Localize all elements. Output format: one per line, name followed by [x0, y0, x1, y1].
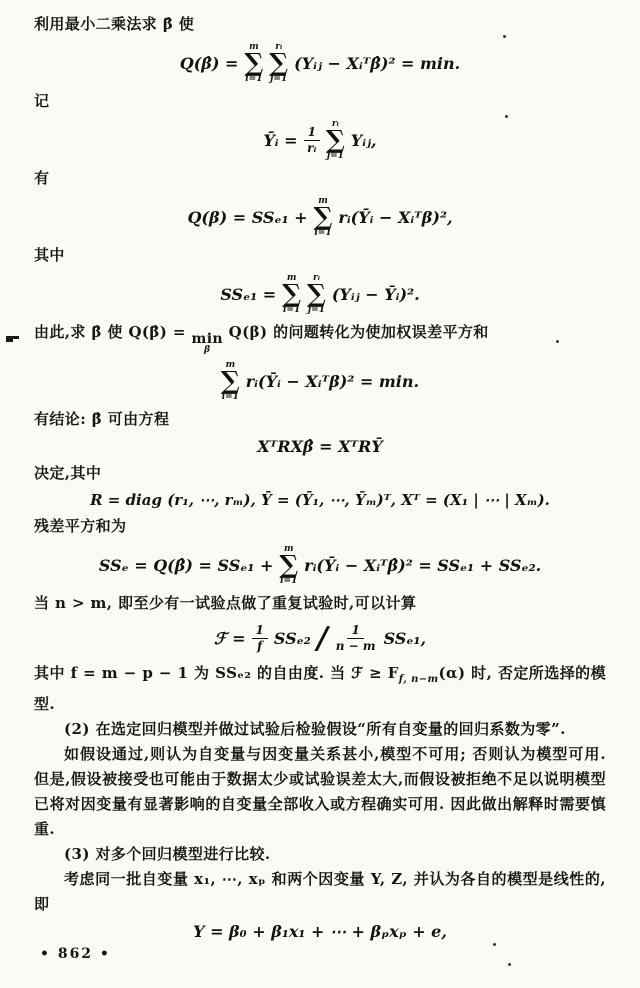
scan-artifact: [6, 339, 13, 342]
formula-lhs: Ȳᵢ =: [263, 131, 297, 150]
formula-sse1: SSₑ₁ = m ∑ i=1 rᵢ ∑ j=1 (Yᵢⱼ − Ȳᵢ)².: [34, 273, 606, 315]
scanned-page: 利用最小二乘法求 β̂ 使 Q(β̂) = m ∑ i=1 rᵢ ∑ j=1 (…: [0, 0, 640, 988]
sigma-glyph: ∑: [314, 206, 333, 228]
para-degrees-freedom: 其中 f = m − p − 1 为 SSₑ₂ 的自由度. 当 ℱ ≥ Ff, …: [34, 661, 606, 717]
summation-symbol: m ∑ i=1: [221, 360, 240, 402]
min-operator: min β: [192, 332, 224, 355]
formula-objective-q: Q(β̂) = m ∑ i=1 rᵢ ∑ j=1 (Yᵢⱼ − Xᵢᵀβ̂)² …: [34, 42, 606, 84]
para-consider-models: 考虑同一批自变量 x₁, ⋯, xₚ 和两个因变量 Y, Z, 并认为各自的模型…: [34, 867, 606, 917]
formula-lhs: ℱ =: [214, 629, 246, 648]
sigma-glyph: ∑: [282, 283, 301, 305]
sigma-glyph: ∑: [326, 129, 345, 151]
para-item-3: (3) 对多个回归模型进行比较.: [34, 842, 606, 867]
formula-rhs: (Yᵢⱼ − Ȳᵢ)².: [332, 285, 420, 304]
fraction: 1 n − m: [334, 623, 378, 654]
summation-symbol: m ∑ i=1: [279, 544, 298, 586]
sigma-glyph: ∑: [279, 554, 298, 576]
summation-symbol: m ∑ i=1: [282, 273, 301, 315]
f-subscript: f, n−m: [399, 674, 439, 685]
scan-speck: [493, 943, 496, 946]
para-thus-after: Q(β) 的问题转化为使加权误差平方和: [229, 323, 489, 341]
sigma-glyph: ∑: [221, 370, 240, 392]
formula-rhs: rᵢ(Ȳᵢ − Xᵢᵀβ)²,: [338, 208, 452, 227]
formula-linear-model: Y = β₀ + β₁x₁ + ⋯ + βₚxₚ + e,: [34, 922, 606, 941]
formula-lhs: SSₑ₁ =: [220, 285, 276, 304]
intro-line: 利用最小二乘法求 β̂ 使: [34, 12, 606, 37]
scan-speck: [503, 35, 506, 38]
formula-rhs: Yᵢⱼ,: [351, 131, 377, 150]
label-where: 其中: [34, 243, 606, 268]
formula-rhs: rᵢ(Ȳᵢ − Xᵢᵀβ̂)² = SSₑ₁ + SSₑ₂.: [304, 556, 541, 575]
para-thus: 由此,求 β̂ 使 Q(β̂) = min β Q(β) 的问题转化为使加权误差…: [34, 320, 606, 355]
para-hypothesis-discussion: 如假设通过,则认为自变量与因变量关系甚小,模型不可用; 否则认为模型可用. 但是…: [34, 742, 606, 842]
scan-speck: [556, 340, 559, 343]
formula-weighted-min: m ∑ i=1 rᵢ(Ȳᵢ − Xᵢᵀβ)² = min.: [34, 360, 606, 402]
para-thus-before: 由此,求 β̂ 使 Q(β̂) =: [34, 323, 186, 341]
formula-matrix-defs: R = diag (r₁, ⋯, rₘ), Ȳ = (Ȳ₁, ⋯, Ȳₘ)ᵀ, …: [34, 491, 606, 509]
scan-speck: [508, 963, 511, 966]
scan-speck: [505, 115, 508, 118]
summation-symbol: m ∑ i=1: [314, 196, 333, 238]
summation-symbol: m ∑ i=1: [244, 42, 263, 84]
formula-normal-equation: XᵀRXβ̂ = XᵀRȲ: [34, 437, 606, 456]
sigma-glyph: ∑: [269, 52, 288, 74]
sigma-glyph: ∑: [244, 52, 263, 74]
formula-tail: SSₑ₁,: [384, 629, 426, 648]
formula-rhs: (Yᵢⱼ − Xᵢᵀβ̂)² = min.: [294, 54, 460, 73]
para-when: 当 n > m, 即至少有一试验点做了重复试验时,可以计算: [34, 591, 606, 616]
formula-group-mean: Ȳᵢ = 1 rᵢ rᵢ ∑ j=1 Yᵢⱼ,: [34, 119, 606, 161]
para-decide: 决定,其中: [34, 461, 606, 486]
formula-f-statistic: ℱ = 1 f SSₑ₂ / 1 n − m SSₑ₁,: [34, 621, 606, 656]
formula-rhs: rᵢ(Ȳᵢ − Xᵢᵀβ)² = min.: [246, 372, 419, 391]
formula-lhs: SSₑ = Q(β̂) = SSₑ₁ +: [99, 556, 274, 575]
summation-symbol: rᵢ ∑ j=1: [307, 273, 326, 315]
fraction: 1 f: [252, 623, 268, 654]
fraction: 1 rᵢ: [304, 125, 320, 156]
para-residual: 残差平方和为: [34, 514, 606, 539]
formula-q-decomposition: Q(β) = SSₑ₁ + m ∑ i=1 rᵢ(Ȳᵢ − Xᵢᵀβ)²,: [34, 196, 606, 238]
label-have: 有: [34, 166, 606, 191]
formula-lhs: Q(β) = SSₑ₁ +: [187, 208, 307, 227]
summation-symbol: rᵢ ∑ j=1: [326, 119, 345, 161]
para-item-2: (2) 在选定回归模型并做过试验后检验假设“所有自变量的回归系数为零”.: [34, 717, 606, 742]
label-note: 记: [34, 89, 606, 114]
formula-residual-ss: SSₑ = Q(β̂) = SSₑ₁ + m ∑ i=1 rᵢ(Ȳᵢ − Xᵢᵀ…: [34, 544, 606, 586]
page-number: • 862 •: [40, 946, 111, 962]
big-slash: /: [317, 621, 328, 656]
formula-lhs: Q(β̂) =: [180, 54, 239, 73]
sigma-glyph: ∑: [307, 283, 326, 305]
summation-symbol: rᵢ ∑ j=1: [269, 42, 288, 84]
para-conclusion: 有结论: β̂ 可由方程: [34, 407, 606, 432]
